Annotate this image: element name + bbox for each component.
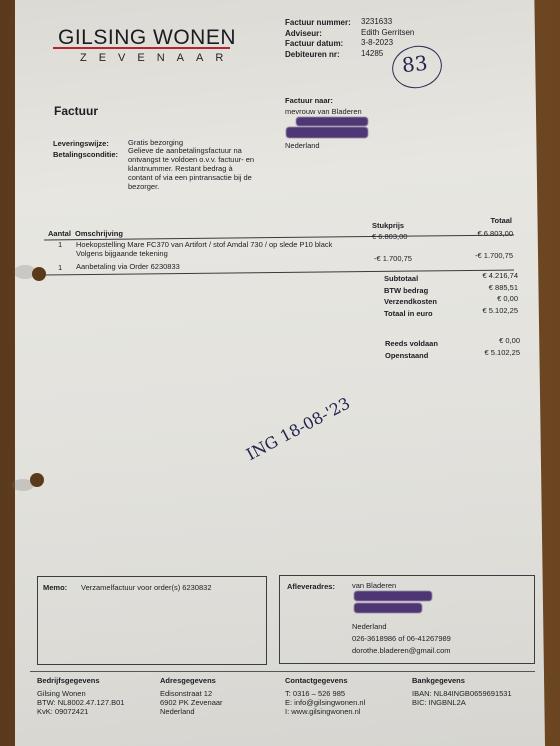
footer-company-line: KvK: 09072421 xyxy=(37,707,124,716)
col-header-qty: Aantal xyxy=(48,229,71,238)
document-title: Factuur xyxy=(54,104,98,118)
row1-description-note: Volgens bijgaande tekening xyxy=(76,249,168,258)
delivery-address-box: Afleveradres: van Bladeren Nederland 026… xyxy=(279,575,535,664)
footer-address-heading: Adresgegevens xyxy=(160,676,223,685)
footer-website[interactable]: I: www.gilsingwonen.nl xyxy=(285,707,365,716)
paid-label: Reeds voldaan xyxy=(385,338,438,350)
payment-line: ontvangst te voldoen o.v.v. factuur- en xyxy=(128,155,278,164)
delivery-email[interactable]: dorothe.bladeren@gmail.com xyxy=(352,645,451,657)
memo-label: Memo: xyxy=(43,583,67,592)
row1-description: Hoekopstelling Mare FC370 van Artifort /… xyxy=(76,240,332,249)
footer-contact-heading: Contactgegevens xyxy=(285,676,365,685)
punch-hole xyxy=(32,267,46,281)
vat-value: € 885,51 xyxy=(440,282,518,294)
meta-value-advisor: Edith Gerritsen xyxy=(361,28,414,39)
subtotal-label: Subtotaal xyxy=(384,273,437,285)
col-header-total: Totaal xyxy=(460,216,512,225)
meta-value-invoice-date: 3-8-2023 xyxy=(361,38,414,49)
outstanding-value: € 5.102,25 xyxy=(440,347,520,359)
footer-bank-heading: Bankgegevens xyxy=(412,676,512,685)
handwritten-number: 83 xyxy=(401,51,429,78)
footer-company: Bedrijfsgegevens Gilsing Wonen BTW: NL80… xyxy=(37,676,124,716)
footer-email[interactable]: E: info@gilsingwonen.nl xyxy=(285,698,365,707)
logo-underline xyxy=(53,47,230,49)
company-logo-city: ZEVENAAR xyxy=(80,52,235,64)
shipping-value: € 0,00 xyxy=(440,293,518,305)
redacted-street xyxy=(296,117,368,126)
payment-line: bezorger. xyxy=(128,182,278,191)
row2-total: -€ 1.700,75 xyxy=(440,251,513,260)
footer-address: Adresgegevens Edisonstraat 12 6902 PK Ze… xyxy=(160,676,223,716)
totals-values: € 4.216,74 € 885,51 € 0,00 € 5.102,25 xyxy=(440,270,518,316)
footer-address-line: Nederland xyxy=(160,707,223,716)
row2-description: Aanbetaling via Order 6230833 xyxy=(76,262,180,271)
footer-bic: BIC: INGBNL2A xyxy=(412,698,512,707)
payment-status-labels: Reeds voldaan Openstaand xyxy=(385,338,438,361)
payment-line: klantnummer. Restant bedrag à xyxy=(128,164,278,173)
grand-total-label: Totaal in euro xyxy=(384,308,437,320)
memo-box: Memo: Verzamelfactuur voor order(s) 6230… xyxy=(37,576,267,665)
payment-line: contant of via een pintransactie bij de xyxy=(128,173,278,182)
row2-qty: 1 xyxy=(58,263,62,272)
col-header-unit-price: Stukprijs xyxy=(372,221,404,230)
footer-address-line: Edisonstraat 12 xyxy=(160,689,223,698)
payment-line: Gelieve de aanbetalingsfactuur na xyxy=(128,146,278,155)
meta-label-invoice-number: Factuur nummer: xyxy=(285,18,351,29)
bill-to-country: Nederland xyxy=(285,141,320,150)
footer-contact: Contactgegevens T: 0316 – 526 985 E: inf… xyxy=(285,676,365,716)
outstanding-label: Openstaand xyxy=(385,350,438,362)
memo-value: Verzamelfactuur voor order(s) 6230832 xyxy=(81,583,212,592)
bill-to-label: Factuur naar: xyxy=(285,96,333,105)
delivery-country: Nederland xyxy=(352,621,451,633)
delivery-contact-lines: Nederland 026-3618986 of 06-41267989 dor… xyxy=(352,621,451,657)
row1-unit-price: € 6.803,00 xyxy=(372,232,407,241)
delivery-method-label: Leveringswijze: xyxy=(53,139,109,148)
payment-condition-label: Betalingsconditie: xyxy=(53,150,118,159)
meta-label-advisor: Adviseur: xyxy=(285,29,351,40)
redacted-delivery-street xyxy=(354,591,432,601)
invoice-meta-labels: Factuur nummer: Adviseur: Factuur datum:… xyxy=(285,18,351,60)
punch-hole xyxy=(30,473,44,487)
redacted-delivery-city xyxy=(354,603,422,613)
row1-total: € 6.803,00 xyxy=(440,229,513,238)
meta-label-invoice-date: Factuur datum: xyxy=(285,39,351,50)
shipping-label: Verzendkosten xyxy=(384,296,437,308)
payment-status-values: € 0,00 € 5.102,25 xyxy=(440,335,520,358)
footer-company-line: Gilsing Wonen xyxy=(37,689,124,698)
footer-iban: IBAN: NL84INGB0659691531 xyxy=(412,689,512,698)
delivery-name: van Bladeren xyxy=(352,581,396,590)
grand-total-value: € 5.102,25 xyxy=(440,305,518,317)
bill-to-name: mevrouw van Bladeren xyxy=(285,107,362,116)
delivery-phone: 026-3618986 of 06-41267989 xyxy=(352,633,451,645)
col-header-description: Omschrijving xyxy=(75,229,123,238)
delivery-address-label: Afleveradres: xyxy=(287,582,335,591)
row1-qty: 1 xyxy=(58,240,62,249)
footer-bank: Bankgegevens IBAN: NL84INGB0659691531 BI… xyxy=(412,676,512,707)
totals-labels: Subtotaal BTW bedrag Verzendkosten Totaa… xyxy=(384,273,437,319)
footer-company-heading: Bedrijfsgegevens xyxy=(37,676,124,685)
footer-phone: T: 0316 – 526 985 xyxy=(285,689,365,698)
subtotal-value: € 4.216,74 xyxy=(440,270,518,282)
paid-value: € 0,00 xyxy=(440,335,520,347)
footer-company-line: BTW: NL8002.47.127.B01 xyxy=(37,698,124,707)
redacted-postcode-city xyxy=(286,127,368,138)
footer-address-line: 6902 PK Zevenaar xyxy=(160,698,223,707)
footer-divider xyxy=(30,671,535,672)
meta-value-invoice-number: 3231633 xyxy=(361,17,414,28)
payment-condition-text: Gelieve de aanbetalingsfactuur na ontvan… xyxy=(128,146,278,191)
vat-label: BTW bedrag xyxy=(384,285,437,297)
row2-unit-price: -€ 1.700,75 xyxy=(374,254,412,263)
meta-label-debtor-number: Debiteuren nr: xyxy=(285,50,351,61)
